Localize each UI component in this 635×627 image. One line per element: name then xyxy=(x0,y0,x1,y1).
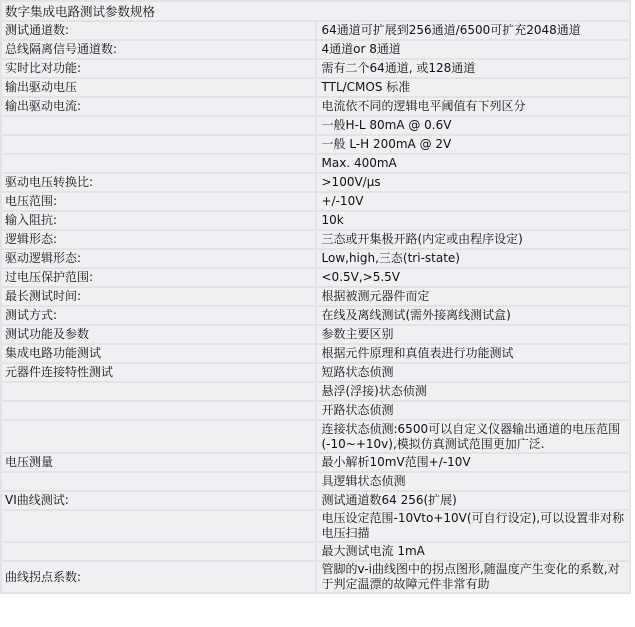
table-row: Max. 400mA xyxy=(1,154,630,173)
row-label: 输入阻抗: xyxy=(1,211,316,230)
row-label: 最长测试时间: xyxy=(1,287,316,306)
table-row: 悬浮(浮接)状态侦测 xyxy=(1,382,630,401)
table-row: 逻辑形态:三态或开集极开路(内定或由程序设定) xyxy=(1,230,630,249)
row-label: 电压范围: xyxy=(1,192,316,211)
row-label: 测试通道数: xyxy=(1,21,316,40)
row-label xyxy=(1,472,316,491)
row-label: 输出驱动电流: xyxy=(1,97,316,116)
row-label: 驱动逻辑形态: xyxy=(1,249,316,268)
row-value: 管脚的v-i曲线图中的拐点图形,随温度产生变化的系数,对于判定温漂的故障元件非常… xyxy=(316,561,631,593)
row-label: 测试功能及参数 xyxy=(1,325,316,344)
table-row: 最长测试时间:根据被测元器件而定 xyxy=(1,287,630,306)
row-label: 过电压保护范围: xyxy=(1,268,316,287)
row-value: 悬浮(浮接)状态侦测 xyxy=(316,382,631,401)
row-label: 集成电路功能测试 xyxy=(1,344,316,363)
row-label: 元器件连接特性测试 xyxy=(1,363,316,382)
table-row: 曲线拐点系数:管脚的v-i曲线图中的拐点图形,随温度产生变化的系数,对于判定温漂… xyxy=(1,561,630,593)
row-value: >100V/μs xyxy=(316,173,631,192)
table-row: 最大测试电流 1mA xyxy=(1,542,630,561)
spec-table: 数字集成电路测试参数规格 测试通道数:64通道可扩展到256通道/6500可扩充… xyxy=(0,0,631,594)
row-label: 输出驱动电压 xyxy=(1,78,316,97)
table-row: 连接状态侦测:6500可以自定义仪器输出通道的电压范围(-10~+10v),模拟… xyxy=(1,420,630,453)
row-label: 测试方式: xyxy=(1,306,316,325)
row-value: 根据被测元器件而定 xyxy=(316,287,631,306)
row-label: 实时比对功能: xyxy=(1,59,316,78)
row-value: 三态或开集极开路(内定或由程序设定) xyxy=(316,230,631,249)
row-value: 测试通道数64 256(扩展) xyxy=(316,491,631,510)
row-label: 曲线拐点系数: xyxy=(1,561,316,593)
row-label xyxy=(1,510,316,542)
row-value: +/-10V xyxy=(316,192,631,211)
row-value: <0.5V,>5.5V xyxy=(316,268,631,287)
row-value: 电压设定范围-10Vto+10V(可自行设定),可以设置非对称电压扫描 xyxy=(316,510,631,542)
table-row: 一般H-L 80mA @ 0.6V xyxy=(1,116,630,135)
row-label: VI曲线测试: xyxy=(1,491,316,510)
table-row: 过电压保护范围:<0.5V,>5.5V xyxy=(1,268,630,287)
table-row: 测试方式:在线及离线测试(需外接离线测试盒) xyxy=(1,306,630,325)
table-row: VI曲线测试:测试通道数64 256(扩展) xyxy=(1,491,630,510)
table-row: 测试通道数:64通道可扩展到256通道/6500可扩充2048通道 xyxy=(1,21,630,40)
row-label xyxy=(1,116,316,135)
row-value: TTL/CMOS 标准 xyxy=(316,78,631,97)
row-value: 最大测试电流 1mA xyxy=(316,542,631,561)
row-value: 4通道or 8通道 xyxy=(316,40,631,59)
row-value: 在线及离线测试(需外接离线测试盒) xyxy=(316,306,631,325)
row-label: 驱动电压转换比: xyxy=(1,173,316,192)
table-row: 元器件连接特性测试短路状态侦测 xyxy=(1,363,630,382)
table-row: 电压设定范围-10Vto+10V(可自行设定),可以设置非对称电压扫描 xyxy=(1,510,630,542)
row-value: 需有二个64通道, 或128通道 xyxy=(316,59,631,78)
row-value: 参数主要区别 xyxy=(316,325,631,344)
row-label xyxy=(1,135,316,154)
table-row: 输出驱动电流:电流依不同的逻辑电平阈值有下列区分 xyxy=(1,97,630,116)
row-label xyxy=(1,382,316,401)
row-value: 电流依不同的逻辑电平阈值有下列区分 xyxy=(316,97,631,116)
table-row: 实时比对功能:需有二个64通道, 或128通道 xyxy=(1,59,630,78)
row-label xyxy=(1,401,316,420)
table-row: 驱动逻辑形态:Low,high,三态(tri-state) xyxy=(1,249,630,268)
title-row: 数字集成电路测试参数规格 xyxy=(1,1,630,21)
row-value: 64通道可扩展到256通道/6500可扩充2048通道 xyxy=(316,21,631,40)
row-label xyxy=(1,420,316,453)
row-value: 一般H-L 80mA @ 0.6V xyxy=(316,116,631,135)
row-value: 10k xyxy=(316,211,631,230)
table-row: 输入阻抗:10k xyxy=(1,211,630,230)
table-row: 电压测量最小解析10mV范围+/-10V xyxy=(1,453,630,472)
row-value: 开路状态侦测 xyxy=(316,401,631,420)
row-value: 根据元件原理和真值表进行功能测试 xyxy=(316,344,631,363)
table-row: 总线隔离信号通道数:4通道or 8通道 xyxy=(1,40,630,59)
row-label: 电压测量 xyxy=(1,453,316,472)
table-title: 数字集成电路测试参数规格 xyxy=(1,1,630,21)
table-row: 测试功能及参数参数主要区别 xyxy=(1,325,630,344)
table-row: 集成电路功能测试根据元件原理和真值表进行功能测试 xyxy=(1,344,630,363)
row-label xyxy=(1,542,316,561)
table-row: 开路状态侦测 xyxy=(1,401,630,420)
row-value: 一般 L-H 200mA @ 2V xyxy=(316,135,631,154)
table-row: 一般 L-H 200mA @ 2V xyxy=(1,135,630,154)
row-value: Low,high,三态(tri-state) xyxy=(316,249,631,268)
row-value: 具逻辑状态侦测 xyxy=(316,472,631,491)
row-value: 连接状态侦测:6500可以自定义仪器输出通道的电压范围(-10~+10v),模拟… xyxy=(316,420,631,453)
row-label xyxy=(1,154,316,173)
table-row: 输出驱动电压TTL/CMOS 标准 xyxy=(1,78,630,97)
row-value: 短路状态侦测 xyxy=(316,363,631,382)
row-label: 总线隔离信号通道数: xyxy=(1,40,316,59)
table-row: 具逻辑状态侦测 xyxy=(1,472,630,491)
row-value: 最小解析10mV范围+/-10V xyxy=(316,453,631,472)
row-label: 逻辑形态: xyxy=(1,230,316,249)
row-value: Max. 400mA xyxy=(316,154,631,173)
table-row: 驱动电压转换比:>100V/μs xyxy=(1,173,630,192)
table-row: 电压范围:+/-10V xyxy=(1,192,630,211)
